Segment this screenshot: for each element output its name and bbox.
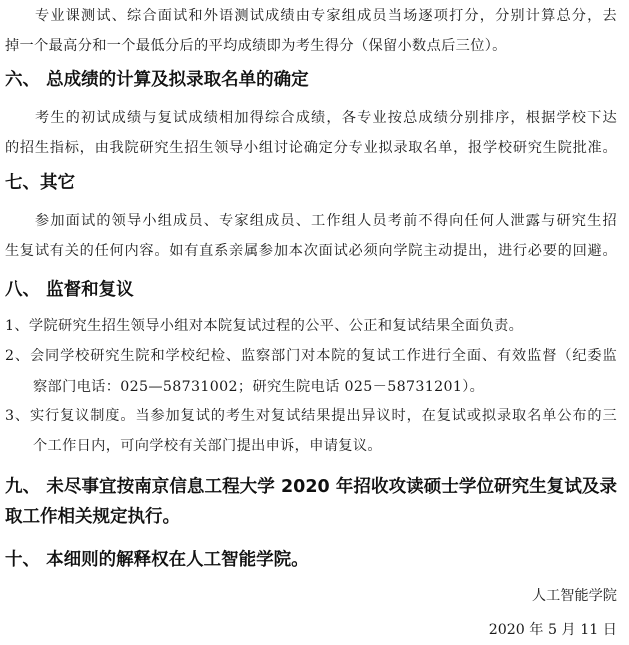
section-heading-8: 八、 监督和复议 [5, 278, 617, 302]
section-heading-6: 六、 总成绩的计算及拟录取名单的确定 [5, 68, 617, 92]
list-item-3-continuation: 个工作日内，可向学校有关部门提出申诉，申请复议。 [5, 436, 617, 456]
section-heading-7: 七、其它 [5, 171, 617, 195]
list-item-2: 2、会同学校研究生院和学校纪检、监察部门对本院的复试工作进行全面、有效监督（纪委… [5, 346, 617, 366]
paragraph-line: 掉一个最高分和一个最低分后的平均成绩即为考生得分（保留小数点后三位）。 [5, 36, 617, 56]
paragraph-line: 专业课测试、综合面试和外语测试成绩由专家组成员当场逐项打分，分别计算总分，去 [5, 6, 617, 26]
signature-date: 2020 年 5 月 11 日 [489, 620, 617, 640]
list-item-1: 1、学院研究生招生领导小组对本院复试过程的公平、公正和复试结果全面负责。 [5, 316, 617, 336]
paragraph-line: 考生的初试成绩与复试成绩相加得综合成绩，各专业按总成绩分别排序，根据学校下达 [5, 108, 617, 128]
paragraph-line: 参加面试的领导小组成员、专家组成员、工作组人员考前不得向任何人泄露与研究生招 [5, 211, 617, 231]
list-item-2-continuation: 察部门电话：025—58731002；研究生院电话 025－58731201）。 [5, 377, 617, 397]
section-heading-9-continuation: 取工作相关规定执行。 [5, 505, 617, 529]
list-item-3: 3、实行复议制度。当参加复试的考生对复试结果提出异议时，在复试或拟录取名单公布的… [5, 406, 617, 426]
paragraph-line: 生复试有关的任何内容。如有直系亲属参加本次面试必须向学院主动提出，进行必要的回避… [5, 241, 617, 261]
section-heading-9: 九、 未尽事宜按南京信息工程大学 2020 年招收攻读硕士学位研究生复试及录 [5, 475, 617, 499]
paragraph-line: 的招生指标，由我院研究生招生领导小组讨论确定分专业拟录取名单，报学校研究生院批准… [5, 138, 617, 158]
section-heading-10: 十、 本细则的解释权在人工智能学院。 [5, 548, 617, 572]
signature-org: 人工智能学院 [532, 586, 617, 606]
